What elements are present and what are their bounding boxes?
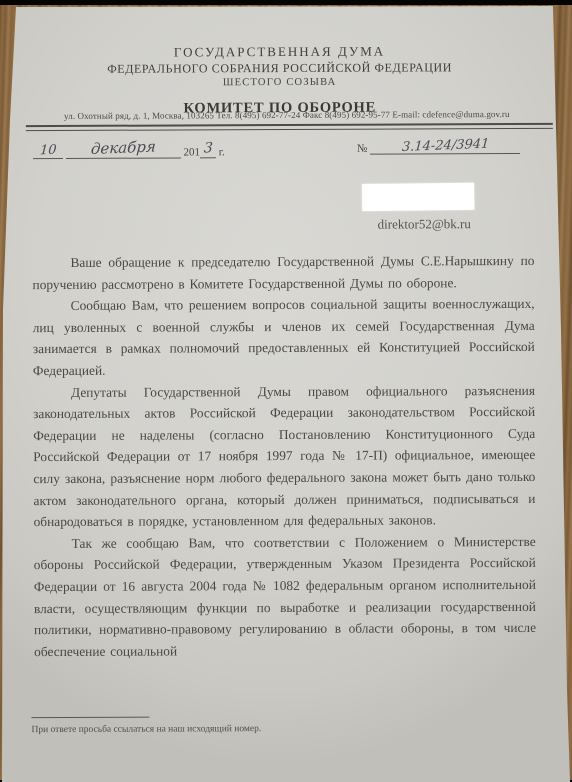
number-field: № 3.14-24/3941	[357, 137, 551, 155]
body-paragraph: Так же сообщаю Вам, что соответствии с П…	[34, 531, 537, 663]
letter-body: Ваше обращение к председателю Государств…	[32, 250, 536, 662]
org-title: ГОСУДАРСТВЕННАЯ ДУМА	[18, 43, 540, 61]
letterhead: ГОСУДАРСТВЕННАЯ ДУМА ФЕДЕРАЛЬНОГО СОБРАН…	[18, 43, 540, 118]
date-day-handwriting: 10	[39, 143, 57, 159]
number-handwriting: 3.14-24/3941	[401, 137, 489, 155]
body-paragraph: Ваше обращение к председателю Государств…	[32, 250, 534, 295]
date-month-handwriting: декабря	[90, 137, 156, 158]
body-paragraph: Депутаты Государственной Думы правом офи…	[33, 379, 536, 532]
footnote-divider	[31, 717, 149, 719]
number-label: №	[357, 143, 368, 155]
date-year-digit-handwriting: 3	[203, 140, 213, 156]
letterhead-divider	[26, 123, 553, 131]
org-subtitle: ФЕДЕРАЛЬНОГО СОБРАНИЯ РОССИЙСКОЙ ФЕДЕРАЦ…	[19, 59, 541, 76]
address-line: ул. Охотный ряд, д. 1, Москва, 103265 Те…	[27, 109, 547, 121]
footnote-text: При ответе просьба ссылаться на наш исхо…	[31, 723, 513, 735]
convocation-line: ШЕСТОГО СОЗЫВА	[19, 76, 541, 91]
document-paper: ГОСУДАРСТВЕННАЯ ДУМА ФЕДЕРАЛЬНОГО СОБРАН…	[0, 0, 572, 782]
photo-background: ГОСУДАРСТВЕННАЯ ДУМА ФЕДЕРАЛЬНОГО СОБРАН…	[0, 0, 572, 782]
body-paragraph: Сообщаю Вам, что решением вопросов социа…	[33, 293, 535, 382]
reference-row: 10 декабря 2013 г. № 3.14-24/3941	[0, 133, 571, 169]
date-year-printed: 201	[183, 146, 200, 158]
redaction-box	[362, 183, 474, 211]
date-suffix: г.	[219, 146, 225, 158]
recipient-email: direktor52@bk.ru	[339, 216, 509, 233]
date-field: 10 декабря 2013 г.	[33, 138, 225, 159]
